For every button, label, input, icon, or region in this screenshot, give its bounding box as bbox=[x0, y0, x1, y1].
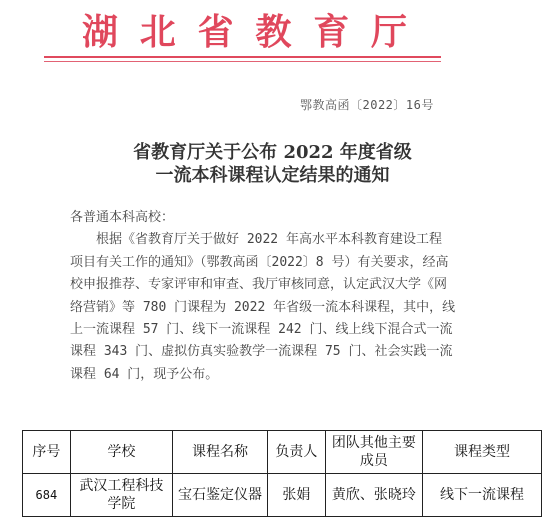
body-line: 络营销》等 780 门课程为 2022 年省级一流本科课程，其中，线 bbox=[70, 297, 432, 319]
issuer-char: 教 bbox=[255, 10, 291, 54]
body-line: 课程 64 门，现予公布。 bbox=[70, 364, 432, 386]
title-line-2: 一流本科课程认定结果的通知 bbox=[0, 164, 545, 187]
header-course-type: 课程类型 bbox=[423, 431, 542, 474]
salutation: 各普通本科高校： bbox=[70, 207, 432, 229]
masthead-rule-thick bbox=[44, 56, 441, 58]
header-leader: 负责人 bbox=[268, 431, 326, 474]
header-index: 序号 bbox=[23, 431, 71, 474]
issuer-char: 北 bbox=[140, 10, 176, 54]
issuer-char: 厅 bbox=[371, 10, 407, 54]
issuer-char: 湖 bbox=[82, 10, 118, 54]
cell-course-type: 线下一流课程 bbox=[423, 474, 542, 517]
header-team-line-2: 成员 bbox=[329, 452, 419, 470]
cell-index: 684 bbox=[23, 474, 71, 517]
issuer-char: 育 bbox=[313, 10, 349, 54]
issuer-name: 湖 北 省 教 育 厅 bbox=[82, 10, 407, 54]
document-title: 省教育厅关于公布 2022 年度省级 一流本科课程认定结果的通知 bbox=[0, 141, 545, 187]
cell-school-line-1: 武汉工程科技 bbox=[74, 477, 169, 495]
body-line: 上一流课程 57 门、线下一流课程 242 门、线上线下混合式一流 bbox=[70, 319, 432, 341]
table-row: 684 武汉工程科技 学院 宝石鉴定仪器 张娟 黄欣、张晓玲 线下一流课程 bbox=[23, 474, 542, 517]
cell-school-line-2: 学院 bbox=[74, 495, 169, 513]
table-header-row: 序号 学校 课程名称 负责人 团队其他主要 成员 课程类型 bbox=[23, 431, 542, 474]
body-line: 课程 343 门、虚拟仿真实验教学一流课程 75 门、社会实践一流 bbox=[70, 341, 432, 363]
title-line-1: 省教育厅关于公布 2022 年度省级 bbox=[0, 141, 545, 164]
cell-team-members: 黄欣、张晓玲 bbox=[325, 474, 422, 517]
cell-leader: 张娟 bbox=[268, 474, 326, 517]
body-line: 根据《省教育厅关于做好 2022 年高水平本科教育建设工程 bbox=[70, 229, 432, 251]
body-line: 校申报推荐、专家评审和审查、我厅审核同意，认定武汉大学《网 bbox=[70, 274, 432, 296]
header-team-members: 团队其他主要 成员 bbox=[325, 431, 422, 474]
course-result-table: 序号 学校 课程名称 负责人 团队其他主要 成员 课程类型 684 武汉工程科技… bbox=[22, 430, 542, 517]
body-line: 项目有关工作的通知》（鄂教高函〔2022〕8 号）有关要求，经高 bbox=[70, 252, 432, 274]
header-school: 学校 bbox=[70, 431, 172, 474]
document-number: 鄂教高函〔2022〕16号 bbox=[300, 96, 434, 113]
header-course-name: 课程名称 bbox=[172, 431, 267, 474]
cell-course-name: 宝石鉴定仪器 bbox=[172, 474, 267, 517]
masthead-rule-thin bbox=[44, 61, 441, 62]
header-team-line-1: 团队其他主要 bbox=[329, 434, 419, 452]
cell-school: 武汉工程科技 学院 bbox=[70, 474, 172, 517]
document-body: 各普通本科高校： 根据《省教育厅关于做好 2022 年高水平本科教育建设工程 项… bbox=[70, 207, 432, 386]
issuer-char: 省 bbox=[198, 10, 234, 54]
